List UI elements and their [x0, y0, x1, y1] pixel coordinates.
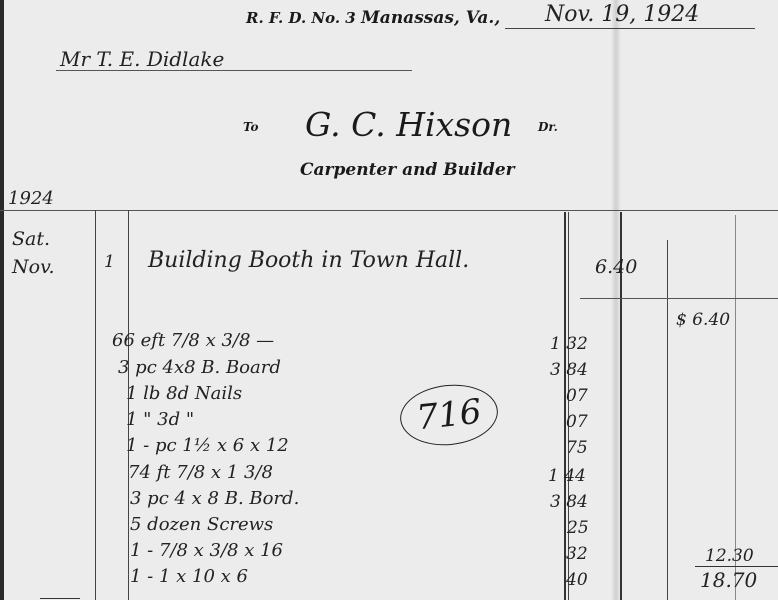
- to-label: To: [243, 120, 259, 134]
- item-amount: 75: [566, 438, 588, 458]
- carried-total: $ 6.40: [676, 310, 730, 330]
- item-amount: 1 44: [548, 466, 586, 486]
- printed-location: Manassas, Va.,: [361, 8, 500, 28]
- item-amount: 32: [566, 544, 588, 564]
- vendor-name: G. C. Hixson: [305, 105, 512, 144]
- date-underline: [505, 28, 755, 29]
- customer-name: Mr T. E. Didlake: [60, 47, 224, 71]
- ledger-top-rule: [0, 210, 778, 211]
- materials-subtotal: 12.30: [705, 546, 754, 566]
- item-description: 66 eft 7/8 x 3/8 —: [112, 330, 274, 351]
- subtotal-rule: [580, 298, 778, 299]
- item-description: 1 lb 8d Nails: [126, 383, 242, 404]
- item-description: 1 - 7/8 x 3/8 x 16: [130, 540, 283, 561]
- item-description: 1 - pc 1½ x 6 x 12: [126, 435, 289, 456]
- amount-column-left-rule-2: [568, 212, 569, 600]
- item-amount: 25: [567, 518, 589, 538]
- item-description: 3 pc 4x8 B. Board: [118, 357, 281, 378]
- main-entry-amount: 6.40: [595, 256, 637, 278]
- item-amount: 07: [566, 386, 588, 406]
- invoice-date: Nov. 19, 1924: [545, 2, 699, 27]
- amount-column-left-rule: [564, 212, 566, 600]
- qty-column-rule: [128, 210, 129, 600]
- main-entry-description: Building Booth in Town Hall.: [148, 248, 469, 273]
- circled-note-value: 716: [415, 392, 484, 439]
- item-description: 1 " 3d ": [126, 409, 194, 430]
- ledger-date: Sat. Nov.: [12, 225, 55, 281]
- item-description: 1 - 1 x 10 x 6: [130, 566, 248, 587]
- item-description: 3 pc 4 x 8 B. Bord.: [130, 488, 299, 509]
- ledger-year: 1924: [8, 188, 54, 209]
- item-amount: 40: [566, 570, 588, 590]
- bottom-left-mark: [40, 598, 80, 599]
- item-description: 74 ft 7/8 x 1 3/8: [128, 462, 273, 483]
- total-cents-rule: [735, 215, 736, 600]
- sum-rule: [695, 566, 778, 567]
- item-amount: 3 84: [550, 360, 588, 380]
- grand-total: 18.70: [700, 568, 757, 592]
- dr-label: Dr.: [538, 120, 558, 134]
- item-description: 5 dozen Screws: [130, 514, 273, 535]
- scan-left-edge: [0, 0, 4, 600]
- printed-address: R. F. D. No. 3 Manassas, Va.,: [246, 8, 500, 28]
- item-amount: 3 84: [550, 492, 588, 512]
- vendor-trade: Carpenter and Builder: [300, 160, 515, 180]
- item-amount: 07: [566, 412, 588, 432]
- circled-note: 716: [397, 380, 501, 450]
- date-column-rule: [95, 210, 96, 600]
- item-amount: 1 32: [550, 334, 588, 354]
- rfd-number: R. F. D. No. 3: [246, 9, 356, 27]
- ledger-day: Sat.: [12, 225, 55, 253]
- ledger-month: Nov.: [12, 253, 55, 281]
- total-column-rule: [667, 240, 668, 600]
- ledger-day-number: 1: [104, 252, 115, 272]
